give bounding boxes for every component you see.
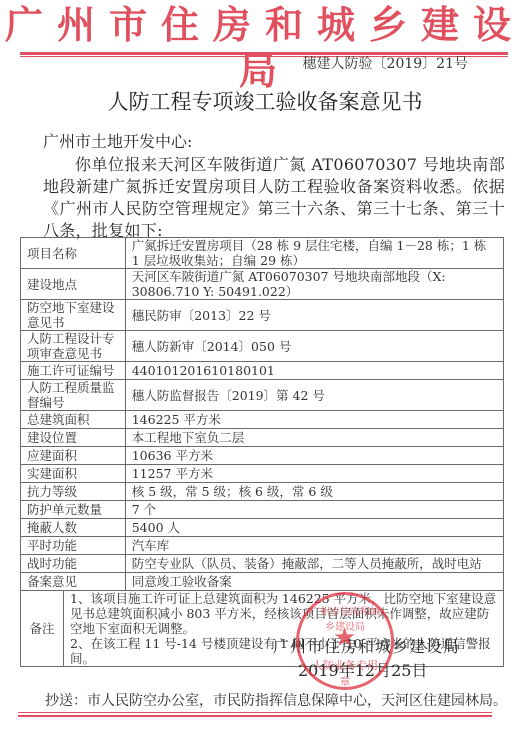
- info-table: 项目名称 广氮拆迁安置房项目（28 栋 9 层住宅楼，自编 1－28 栋；1 栋…: [20, 237, 504, 667]
- table-row: 战时功能 防空专业队（队员、装备）掩蔽部，二等人员掩蔽所，战时电站: [21, 555, 504, 573]
- table-row: 防护单元数量 7 个: [21, 501, 504, 519]
- row-value: 440101201610180101: [125, 362, 503, 380]
- official-seal-stamp: 广州市住房和城乡建设局 ★ 人防业务专用章: [296, 592, 394, 690]
- table-row: 建设位置 本工程地下室负二层: [21, 429, 504, 447]
- row-label: 防护单元数量: [21, 501, 126, 519]
- footer-rule-thin: [18, 712, 492, 713]
- table-row: 抗力等级 核 5 级，常 5 级；核 6 级，常 6 级: [21, 483, 504, 501]
- table-row: 人防工程设计专项审查意见书 穗人防新审〔2014〕050 号: [21, 331, 504, 362]
- row-label: 建设位置: [21, 429, 126, 447]
- notes-label: 备注: [21, 591, 64, 667]
- row-label: 应建面积: [21, 447, 126, 465]
- letter-paragraph: 你单位报来天河区车陂街道广氮 AT06070307 号地块南部地段新建广氮拆迁安…: [43, 154, 505, 242]
- table-row: 实建面积 11257 平方米: [21, 465, 504, 483]
- row-value: 10636 平方米: [125, 447, 503, 465]
- star-icon: ★: [333, 623, 356, 653]
- row-value: 本工程地下室负二层: [125, 429, 503, 447]
- table-row: 掩蔽人数 5400 人: [21, 519, 504, 537]
- table-row: 平时功能 汽车库: [21, 537, 504, 555]
- addressee: 广州市土地开发中心:: [43, 131, 505, 153]
- row-label: 总建筑面积: [21, 411, 126, 429]
- row-label: 项目名称: [21, 238, 126, 269]
- masthead-title: 广州市住房和城乡建设局: [0, 2, 530, 94]
- document-title: 人防工程专项竣工验收备案意见书: [0, 88, 530, 116]
- row-value: 穗民防审〔2013〕22 号: [125, 300, 503, 331]
- document-number: 穗建人防验〔2019〕21号: [303, 55, 468, 73]
- table-row: 建设地点 天河区车陂街道广氮 AT06070307 号地块南部地段（X: 308…: [21, 269, 504, 300]
- cc-recipients: 抄送：市人民防空办公室，市民防指挥信息保障中心，天河区住建园林局。: [45, 692, 507, 710]
- row-label: 人防工程质量监督编号: [21, 380, 126, 411]
- table-row: 项目名称 广氮拆迁安置房项目（28 栋 9 层住宅楼，自编 1－28 栋；1 栋…: [21, 238, 504, 269]
- row-value: 146225 平方米: [125, 411, 503, 429]
- row-value: 核 5 级，常 5 级；核 6 级，常 6 级: [125, 483, 503, 501]
- row-label: 建设地点: [21, 269, 126, 300]
- row-label: 备案意见: [21, 573, 126, 591]
- row-label: 平时功能: [21, 537, 126, 555]
- row-value: 广氮拆迁安置房项目（28 栋 9 层住宅楼，自编 1－28 栋；1 栋 1 层垃…: [125, 238, 503, 269]
- table-row: 防空地下室建设意见书 穗民防审〔2013〕22 号: [21, 300, 504, 331]
- row-label: 人防工程设计专项审查意见书: [21, 331, 126, 362]
- row-value: 5400 人: [125, 519, 503, 537]
- row-label: 实建面积: [21, 465, 126, 483]
- row-label: 防空地下室建设意见书: [21, 300, 126, 331]
- row-label: 施工许可证编号: [21, 362, 126, 380]
- row-label: 掩蔽人数: [21, 519, 126, 537]
- stamp-bottom-text: 人防业务专用章: [309, 657, 381, 689]
- row-value: 同意竣工验收备案: [125, 573, 503, 591]
- table-row: 总建筑面积 146225 平方米: [21, 411, 504, 429]
- row-value: 11257 平方米: [125, 465, 503, 483]
- table-row: 施工许可证编号 440101201610180101: [21, 362, 504, 380]
- row-value: 7 个: [125, 501, 503, 519]
- row-label: 战时功能: [21, 555, 126, 573]
- row-value: 穗人防监督报告〔2019〕第 42 号: [125, 380, 503, 411]
- row-value: 汽车库: [125, 537, 503, 555]
- row-value: 天河区车陂街道广氮 AT06070307 号地块南部地段（X: 30806.71…: [125, 269, 503, 300]
- note-item: 1、该项目施工许可证上总建筑面积为 146225 平方米，比防空地下室建设意见书…: [70, 591, 497, 636]
- row-value: 穗人防新审〔2014〕050 号: [125, 331, 503, 362]
- row-value: 防空专业队（队员、装备）掩蔽部，二等人员掩蔽所，战时电站: [125, 555, 503, 573]
- footer-rule-thick: [18, 715, 492, 717]
- table-row: 应建面积 10636 平方米: [21, 447, 504, 465]
- table-row: 人防工程质量监督编号 穗人防监督报告〔2019〕第 42 号: [21, 380, 504, 411]
- row-label: 抗力等级: [21, 483, 126, 501]
- table-row: 备案意见 同意竣工验收备案: [21, 573, 504, 591]
